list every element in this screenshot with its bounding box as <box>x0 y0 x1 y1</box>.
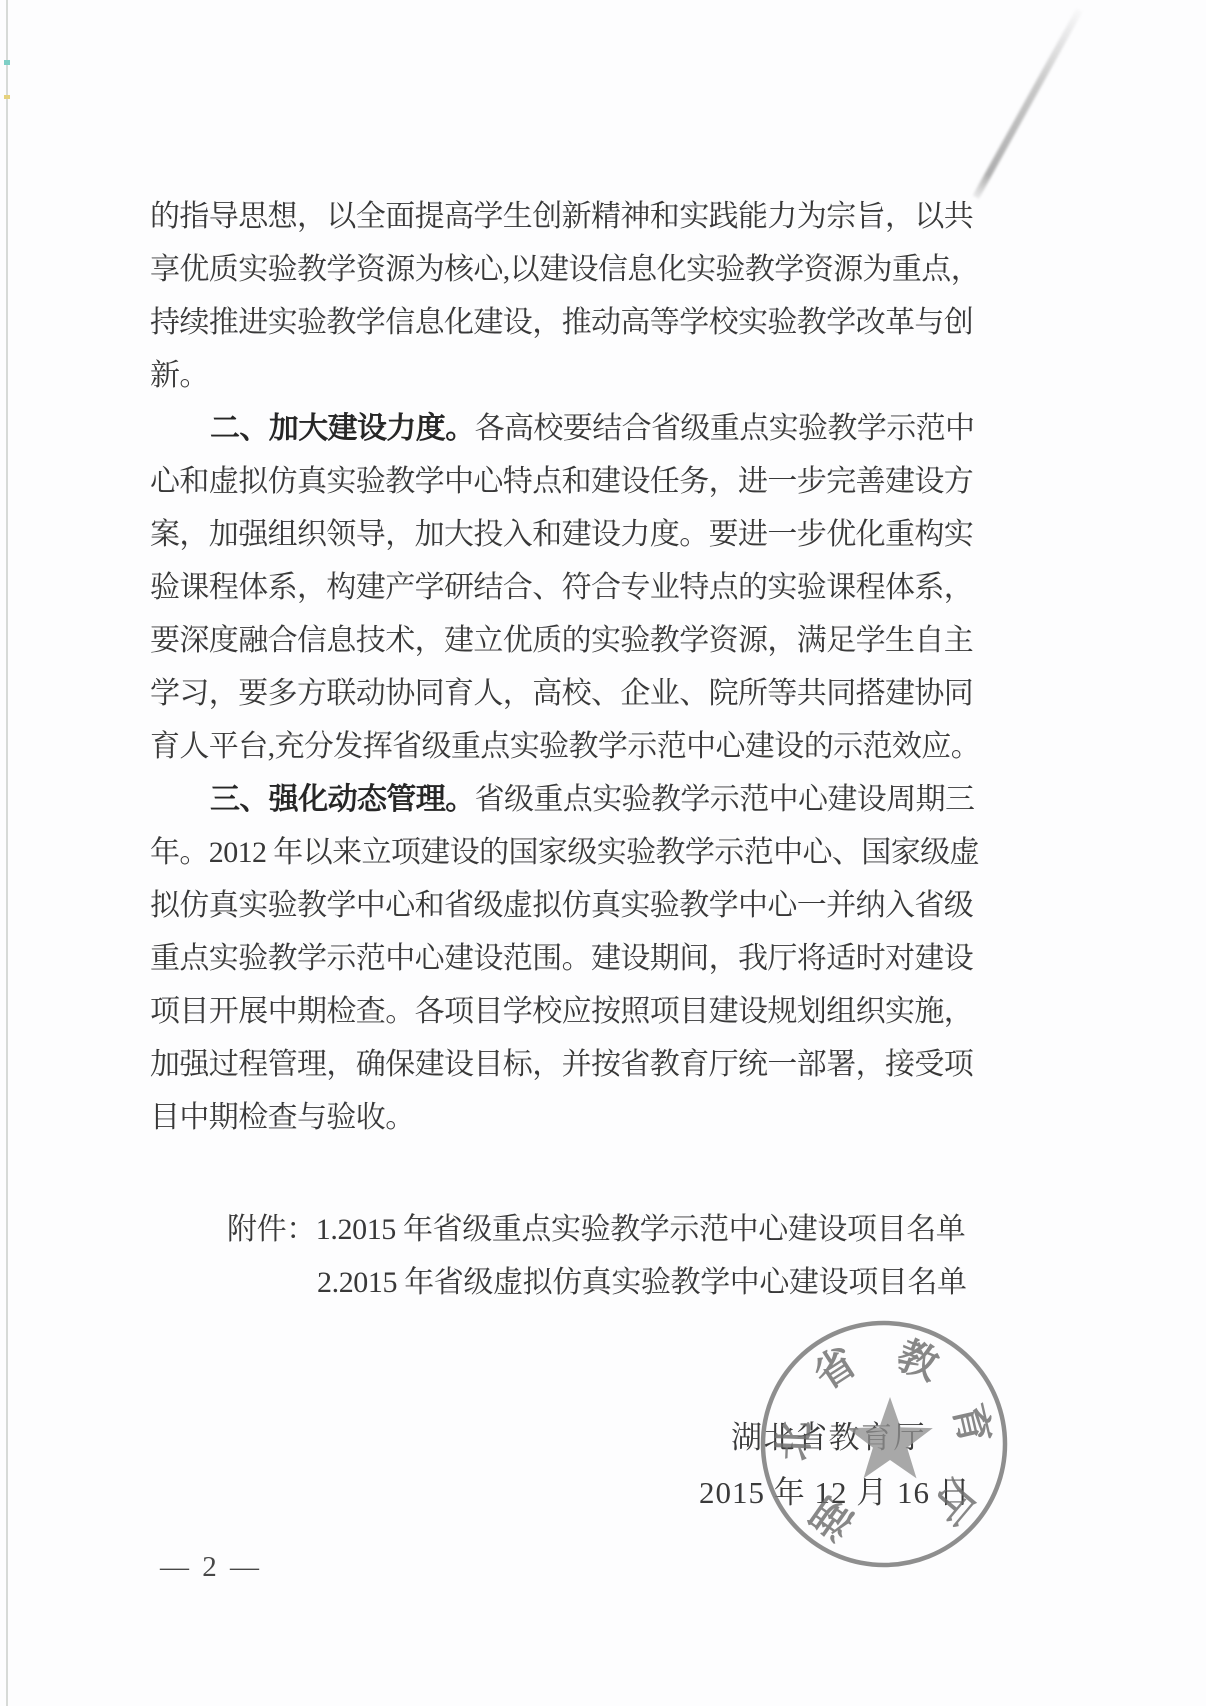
paragraph-3: 三、强化动态管理。省级重点实验教学示范中心建设周期三年。2012 年以来立项建设… <box>150 773 992 1144</box>
paragraph-2: 二、加大建设力度。各高校要结合省级重点实验教学示范中心和虚拟仿真实验教学中心特点… <box>150 402 992 773</box>
attachment-list: 附件：1.2015 年省级重点实验教学示范中心建设项目名单 2.2015 年省级… <box>227 1203 967 1309</box>
page-number: — 2 — <box>160 1551 262 1584</box>
scan-edge-tick-cyan <box>4 60 10 65</box>
document-body: 的指导思想，以全面提高学生创新精神和实践能力为宗旨，以共享优质实验教学资源为核心… <box>150 190 992 1144</box>
seal-ring-char: 省 <box>806 1339 864 1399</box>
paragraph-3-text: 省级重点实验教学示范中心建设周期三年。2012 年以来立项建设的国家级实验教学示… <box>150 783 979 1134</box>
attachment-item-1: 附件：1.2015 年省级重点实验教学示范中心建设项目名单 <box>227 1203 967 1256</box>
paragraph-1-text: 的指导思想，以全面提高学生创新精神和实践能力为宗旨，以共享优质实验教学资源为核心… <box>150 200 980 392</box>
official-seal: 湖 北 省 教 育 厅 <box>752 1318 1016 1574</box>
paper-crease-mark <box>973 8 1083 199</box>
paragraph-3-head: 三、强化动态管理。 <box>210 783 475 816</box>
paragraph-1: 的指导思想，以全面提高学生创新精神和实践能力为宗旨，以共享优质实验教学资源为核心… <box>150 190 992 402</box>
star-icon <box>847 1397 933 1478</box>
scan-edge-line <box>6 0 8 1706</box>
seal-ring-char: 育 <box>945 1399 998 1448</box>
paragraph-2-text: 各高校要结合省级重点实验教学示范中心和虚拟仿真实验教学中心特点和建设任务，进一步… <box>150 412 980 763</box>
seal-ring-char: 教 <box>891 1332 946 1389</box>
paragraph-2-head: 二、加大建设力度。 <box>210 412 475 445</box>
scanned-document-page: 的指导思想，以全面提高学生创新精神和实践能力为宗旨，以共享优质实验教学资源为核心… <box>0 0 1206 1706</box>
attachment-item-2: 2.2015 年省级虚拟仿真实验教学中心建设项目名单 <box>317 1256 967 1309</box>
seal-ring-char: 北 <box>771 1420 817 1462</box>
scan-edge-tick-yellow <box>4 95 10 99</box>
